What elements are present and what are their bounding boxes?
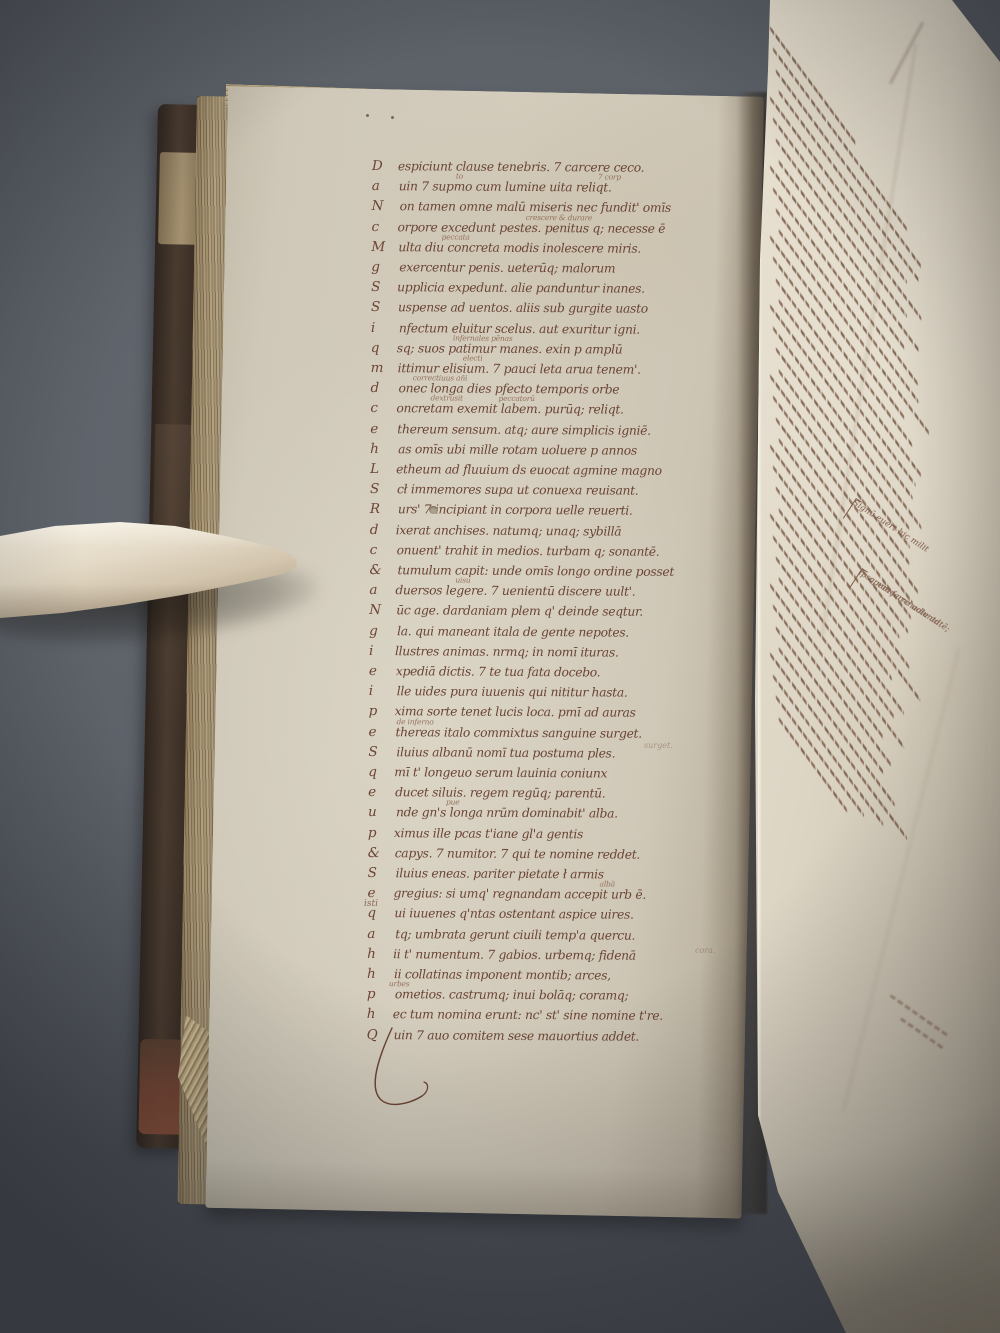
verse-initial: h xyxy=(367,946,389,962)
verse-initial: & xyxy=(369,562,391,578)
verse-line: pometios. castrumq; inui bolāq; coramq;u… xyxy=(361,984,671,1006)
verse-initial: i xyxy=(369,643,391,659)
verse-initial: S xyxy=(370,481,392,497)
faint-marginal-note xyxy=(900,1017,944,1049)
verse-line: concretam exemit labem. purūq; reliqt.de… xyxy=(364,398,674,420)
verse-line: ethereum sensum. atq; aure simplicis ign… xyxy=(364,419,674,441)
verse-line: Supplicia expedunt. alie panduntur inane… xyxy=(365,277,675,299)
verse-line: mittimur elisium. 7 pauci leta arua tene… xyxy=(365,358,675,380)
verse-line: expediā dictis. 7 te tua fata docebo. xyxy=(363,661,673,683)
right-page-text-line xyxy=(779,299,916,487)
verse-initial: g xyxy=(369,623,391,639)
right-page-bottom-shading xyxy=(740,1080,1000,1333)
verse-text: iluius albanū nomī tua postuma ples. xyxy=(396,745,615,760)
verse-initial: D xyxy=(372,158,394,174)
verse-text: ūc age. dardaniam plem q' deinde seqtur. xyxy=(396,604,643,620)
verse-line: dixerat anchises. natumq; unaq; sybillā xyxy=(364,520,674,542)
verse-line: qui iuuenes q'ntas ostentant aspice uire… xyxy=(361,903,671,925)
verse-line: infectum eluitur scelus. aut exuritur ig… xyxy=(365,318,675,340)
verse-initial: u xyxy=(368,804,390,820)
verse-line: Nūc age. dardaniam plem q' deinde seqtur… xyxy=(363,600,673,622)
verse-initial: g xyxy=(371,259,393,275)
verse-text: nfectum eluitur scelus. aut exuritur ign… xyxy=(399,321,640,336)
interlinear-gloss: to xyxy=(456,172,463,181)
verse-initial: S xyxy=(368,865,390,881)
verse-text: mī t' longeuo serum lauinia coniunx xyxy=(394,765,607,780)
verse-text: oncretam exemit labem. purūq; reliqt. xyxy=(396,402,623,417)
verse-text: orpore excedunt pestes. penitus q; neces… xyxy=(398,220,666,236)
right-page-text-line xyxy=(770,652,907,840)
interlinear-gloss: peccatorū xyxy=(498,394,534,403)
verse-text: sq; suos patimur manes. exin p amplū xyxy=(397,341,623,356)
verse-initial: p xyxy=(369,703,391,719)
verse-text: ixerat anchises. natumq; unaq; sybillā xyxy=(396,523,622,538)
interlinear-gloss: crescere & durare xyxy=(526,213,593,222)
verse-initial: S xyxy=(371,299,393,315)
right-page-text-line xyxy=(773,47,908,232)
margin-note: cora. xyxy=(695,946,715,955)
verse-line: auin 7 supmo cum lumine uita reliqt.to7 … xyxy=(366,176,676,198)
verse-line: qsq; suos patimur manes. exin p amplūinf… xyxy=(365,338,675,360)
verse-text: lle uides pura iuuenis qui nititur hasta… xyxy=(397,684,628,699)
interlinear-gloss: 7 corp xyxy=(598,173,621,182)
verse-initial: d xyxy=(370,522,392,538)
margin-note: isti xyxy=(364,899,378,909)
verse-text: thereum sensum. atq; aure simplicis igni… xyxy=(397,422,651,438)
left-page-bottom-shading xyxy=(205,1160,742,1219)
verse-line: gla. qui maneant itala de gente nepotes. xyxy=(363,621,673,643)
verse-text: tumulum capit: unde omīs longo ordine po… xyxy=(397,563,674,579)
verse-text: onuent' trahit in medios. turbam q; sona… xyxy=(397,543,660,559)
verse-initial: e xyxy=(369,663,391,679)
interlinear-gloss: urbes xyxy=(389,979,410,988)
verse-text: capys. 7 numitor. 7 qui te nomine reddet… xyxy=(395,846,640,861)
verse-initial: a xyxy=(369,582,391,598)
verse-text: as omīs ubi mille rotam uoluere p annos xyxy=(398,442,637,457)
verse-initial: q xyxy=(368,764,390,780)
verse-line: gexercentur penis. ueterūq; malorum xyxy=(365,257,675,279)
right-page-text-line xyxy=(776,417,913,605)
right-page-text-line xyxy=(770,96,907,284)
verse-text-block: Despiciunt clause tenebris. 7 carcere ce… xyxy=(361,156,676,1058)
verse-initial: h xyxy=(370,441,392,457)
verse-text: cł immemores supa ut conuexa reuisant. xyxy=(397,482,639,497)
verse-text: ii collatinas imponent montib; arces, xyxy=(394,967,611,982)
verse-text: ometios. castrumq; inui bolāq; coramq; xyxy=(395,987,629,1002)
ink-dot xyxy=(366,114,369,117)
verse-initial: e xyxy=(368,724,390,740)
verse-initial: N xyxy=(369,602,391,618)
verse-line: egregius: si umq' regnandam accepit urb … xyxy=(361,883,671,905)
verse-line: corpore excedunt pestes. penitus q; nece… xyxy=(366,217,676,239)
verse-text: exercentur penis. ueterūq; malorum xyxy=(399,260,615,275)
verse-initial: c xyxy=(370,542,392,558)
verse-initial: c xyxy=(370,400,392,416)
verse-text: uin 7 supmo cum lumine uita reliqt. xyxy=(399,179,612,194)
verse-initial: c xyxy=(372,219,394,235)
verse-text: upplicia expedunt. alie panduntur inanes… xyxy=(397,280,645,296)
verse-line: conuent' trahit in medios. turbam q; son… xyxy=(364,540,674,562)
verse-line: atq; umbrata gerunt ciuili temp'a quercu… xyxy=(361,924,671,946)
right-page-text-line xyxy=(773,535,904,716)
verse-text: llustres animas. nrmq; in nomī ituras. xyxy=(395,644,619,659)
verse-line: Non tamen omne malū miseris nec fundit' … xyxy=(366,196,676,218)
verse-initial: i xyxy=(369,683,391,699)
verse-initial: h xyxy=(367,1006,389,1022)
verse-text: nde gn's longa nrūm dominabit' alba. xyxy=(396,806,618,821)
verse-initial: p xyxy=(367,986,389,1002)
verse-initial: h xyxy=(367,966,389,982)
verse-line: ethereas italo commixtus sanguine surget… xyxy=(362,722,672,744)
verse-text: xpediā dictis. 7 te tua fata docebo. xyxy=(396,664,601,679)
verse-text: iluius eneas. pariter pietate ł armis xyxy=(396,866,604,881)
verse-text: ximus ille pcas t'iane gl'a gentis xyxy=(394,826,583,841)
verse-initial: a xyxy=(372,178,394,194)
verse-initial: M xyxy=(371,239,393,255)
verse-line: &tumulum capit: unde omīs longo ordine p… xyxy=(363,560,673,582)
interlinear-gloss: peccata xyxy=(441,232,469,241)
verse-initial: L xyxy=(370,461,392,477)
verse-line: Siluius eneas. pariter pietate ł armis xyxy=(362,863,672,885)
verse-initial: S xyxy=(371,279,393,295)
ink-dot xyxy=(391,116,394,119)
margin-note: surget. xyxy=(644,741,673,750)
verse-line: Siluius albanū nomī tua postuma ples. xyxy=(362,742,672,764)
verse-text: tq; umbrata gerunt ciuili temp'a quercu. xyxy=(395,927,635,942)
verse-line: educet siluis. regem regūq; parentū. xyxy=(362,782,672,804)
initial-q-flourish xyxy=(356,1024,466,1144)
right-page-text-line xyxy=(776,138,907,319)
verse-line: Despiciunt clause tenebris. 7 carcere ce… xyxy=(366,156,676,178)
verse-text: uspense ad uentos. aliis sub gurgite uas… xyxy=(398,301,648,317)
verse-line: hec tum nomina erunt: nc' st' sine nomin… xyxy=(361,1004,671,1026)
interlinear-gloss: de inferno xyxy=(397,717,434,726)
interlinear-gloss: electi xyxy=(463,354,483,363)
verse-initial: R xyxy=(370,501,392,517)
verse-line: illustres animas. nrmq; in nomī ituras. xyxy=(363,641,673,663)
verse-line: hii t' numentum. 7 gabios. urbemq; fiden… xyxy=(361,944,671,966)
verse-line: Letheum ad fluuium ds euocat agmine magn… xyxy=(364,459,674,481)
interlinear-gloss: correctiuus añi xyxy=(413,373,468,382)
verse-line: &capys. 7 numitor. 7 qui te nomine redde… xyxy=(362,843,672,865)
verse-initial: & xyxy=(368,845,390,861)
verse-initial: p xyxy=(368,825,390,841)
interlinear-gloss: uisu xyxy=(455,576,470,585)
verse-initial: e xyxy=(368,784,390,800)
verse-line: aduersos legere. 7 uenientū discere uult… xyxy=(363,580,673,602)
verse-text: thereas italo commixtus sanguine surget. xyxy=(395,725,641,741)
verse-line: Rurs' 7 incipiant in corpora uelle reuer… xyxy=(364,499,674,521)
parchment-hole xyxy=(429,506,438,514)
verse-initial: N xyxy=(372,198,394,214)
faint-showthrough-mark xyxy=(889,21,925,84)
verse-text: gregius: si umq' regnandam accepit urb ē… xyxy=(393,886,646,902)
right-page-script-lines xyxy=(770,26,990,1083)
right-page-text-line xyxy=(773,604,892,769)
verse-initial: i xyxy=(371,320,393,336)
verse-text: ducet siluis. regem regūq; parentū. xyxy=(395,785,605,800)
right-page-text-line xyxy=(770,513,892,681)
verse-text: ulta diu concreta modis inolescere miris… xyxy=(398,240,641,255)
photo-of-manuscript: Despiciunt clause tenebris. 7 carcere ce… xyxy=(0,0,1000,1333)
right-page-text-line xyxy=(776,347,909,531)
verse-line: ille uides pura iuuenis qui nititur hast… xyxy=(363,681,673,703)
verse-initial: q xyxy=(371,340,393,356)
verse-initial: a xyxy=(367,926,389,942)
interlinear-gloss: albā xyxy=(600,880,615,889)
verse-text: ec tum nomina erunt: nc' st' sine nomine… xyxy=(393,1008,663,1024)
verse-text: la. qui maneant itala de gente nepotes. xyxy=(397,624,629,639)
right-page-text-line xyxy=(770,235,905,420)
verse-line: qmī t' longeuo serum lauinia coniunx xyxy=(362,762,672,784)
verse-line: Scł immemores supa ut conuexa reuisant. xyxy=(364,479,674,501)
verse-initial: d xyxy=(371,380,393,396)
verse-line: Suspense ad uentos. aliis sub gurgite ua… xyxy=(365,297,675,319)
verse-line: pximus ille pcas t'iane gl'a gentis xyxy=(362,823,672,845)
verse-line: unde gn's longa nrūm dominabit' alba.pue xyxy=(362,802,672,824)
verse-initial: m xyxy=(371,360,393,376)
interlinear-gloss: dextrusit xyxy=(430,394,462,403)
verse-line: Multa diu concreta modis inolescere miri… xyxy=(365,237,675,259)
verse-text: etheum ad fluuium ds euocat agmine magno xyxy=(396,462,662,478)
verse-text: ii t' numentum. 7 gabios. urbemq; fidenā xyxy=(393,947,636,962)
interlinear-gloss: infernales pēnas xyxy=(453,333,513,342)
verse-initial: e xyxy=(370,421,392,437)
verse-initial: S xyxy=(368,744,390,760)
right-page-text-line xyxy=(776,486,909,670)
interlinear-gloss: pue xyxy=(446,798,460,807)
verse-line: has omīs ubi mille rotam uoluere p annos xyxy=(364,439,674,461)
verse-text: ui iuuenes q'ntas ostentant aspice uires… xyxy=(394,907,633,922)
verse-text: duersos legere. 7 uenientū discere uult'… xyxy=(395,583,635,598)
right-page-text-line xyxy=(770,26,857,147)
right-page-text-line xyxy=(770,165,905,350)
